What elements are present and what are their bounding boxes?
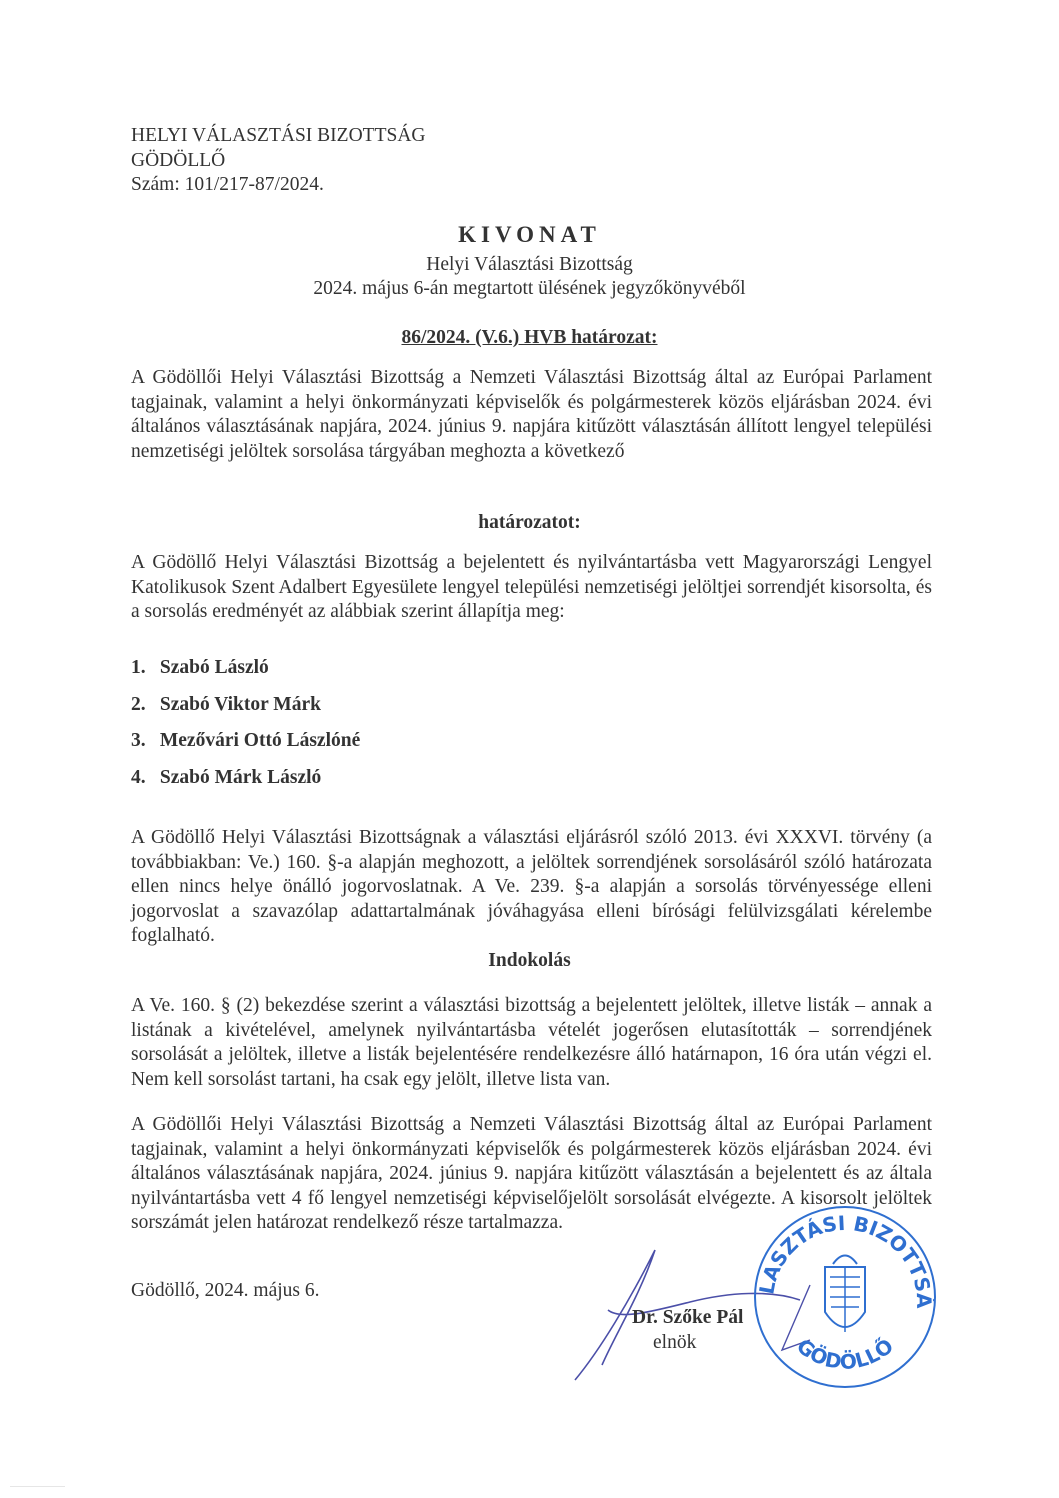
candidate-number: 1.	[131, 656, 155, 680]
svg-text:VÁLASZTÁSI BIZOTTSÁG: VÁLASZTÁSI BIZOTTSÁG	[745, 1192, 936, 1309]
signer-role: elnök	[653, 1332, 696, 1354]
candidate-list: 1. Szabó László 2. Szabó Viktor Márk 3. …	[131, 656, 360, 802]
organization-name: HELYI VÁLASZTÁSI BIZOTTSÁG	[131, 124, 426, 149]
list-item: 4. Szabó Márk László	[131, 766, 360, 803]
resolution-heading: határozatot:	[0, 512, 1059, 534]
list-item: 1. Szabó László	[131, 656, 360, 693]
document-header: HELYI VÁLASZTÁSI BIZOTTSÁG GÖDÖLLŐ Szám:…	[131, 124, 426, 198]
list-item: 2. Szabó Viktor Márk	[131, 693, 360, 730]
document-title: KIVONAT	[0, 222, 1059, 248]
official-stamp: VÁLASZTÁSI BIZOTTSÁG GÖDÖLLŐ	[745, 1192, 945, 1392]
reasoning-heading: Indokolás	[0, 950, 1059, 972]
resolution-paragraph: A Gödöllő Helyi Választási Bizottság a b…	[131, 551, 932, 625]
decision-number: 86/2024. (V.6.) HVB határozat:	[0, 327, 1059, 349]
list-item: 3. Mezővári Ottó Lászlóné	[131, 729, 360, 766]
legal-remedy-paragraph: A Gödöllő Helyi Választási Bizottságnak …	[131, 826, 932, 949]
candidate-number: 3.	[131, 729, 155, 753]
candidate-name: Mezővári Ottó Lászlóné	[160, 730, 360, 751]
signer-name: Dr. Szőke Pál	[632, 1307, 743, 1329]
document-page: HELYI VÁLASZTÁSI BIZOTTSÁG GÖDÖLLŐ Szám:…	[0, 0, 1059, 1498]
place-date: Gödöllő, 2024. május 6.	[131, 1280, 320, 1302]
footer-divider	[10, 1486, 65, 1487]
coat-of-arms-icon	[825, 1256, 865, 1333]
candidate-number: 4.	[131, 766, 155, 790]
candidate-name: Szabó Viktor Márk	[160, 694, 321, 715]
reference-number: Szám: 101/217-87/2024.	[131, 173, 426, 198]
svg-text:GÖDÖLLŐ: GÖDÖLLŐ	[792, 1334, 898, 1374]
city-name: GÖDÖLLŐ	[131, 149, 426, 174]
reasoning-paragraph-1: A Ve. 160. § (2) bekezdése szerint a vál…	[131, 994, 932, 1092]
candidate-number: 2.	[131, 693, 155, 717]
candidate-name: Szabó Márk László	[160, 767, 321, 788]
document-subtitle: Helyi Választási Bizottság	[0, 254, 1059, 276]
candidate-name: Szabó László	[160, 657, 269, 678]
intro-paragraph: A Gödöllői Helyi Választási Bizottság a …	[131, 366, 932, 464]
document-subtitle-date: 2024. május 6-án megtartott ülésének jeg…	[0, 278, 1059, 300]
